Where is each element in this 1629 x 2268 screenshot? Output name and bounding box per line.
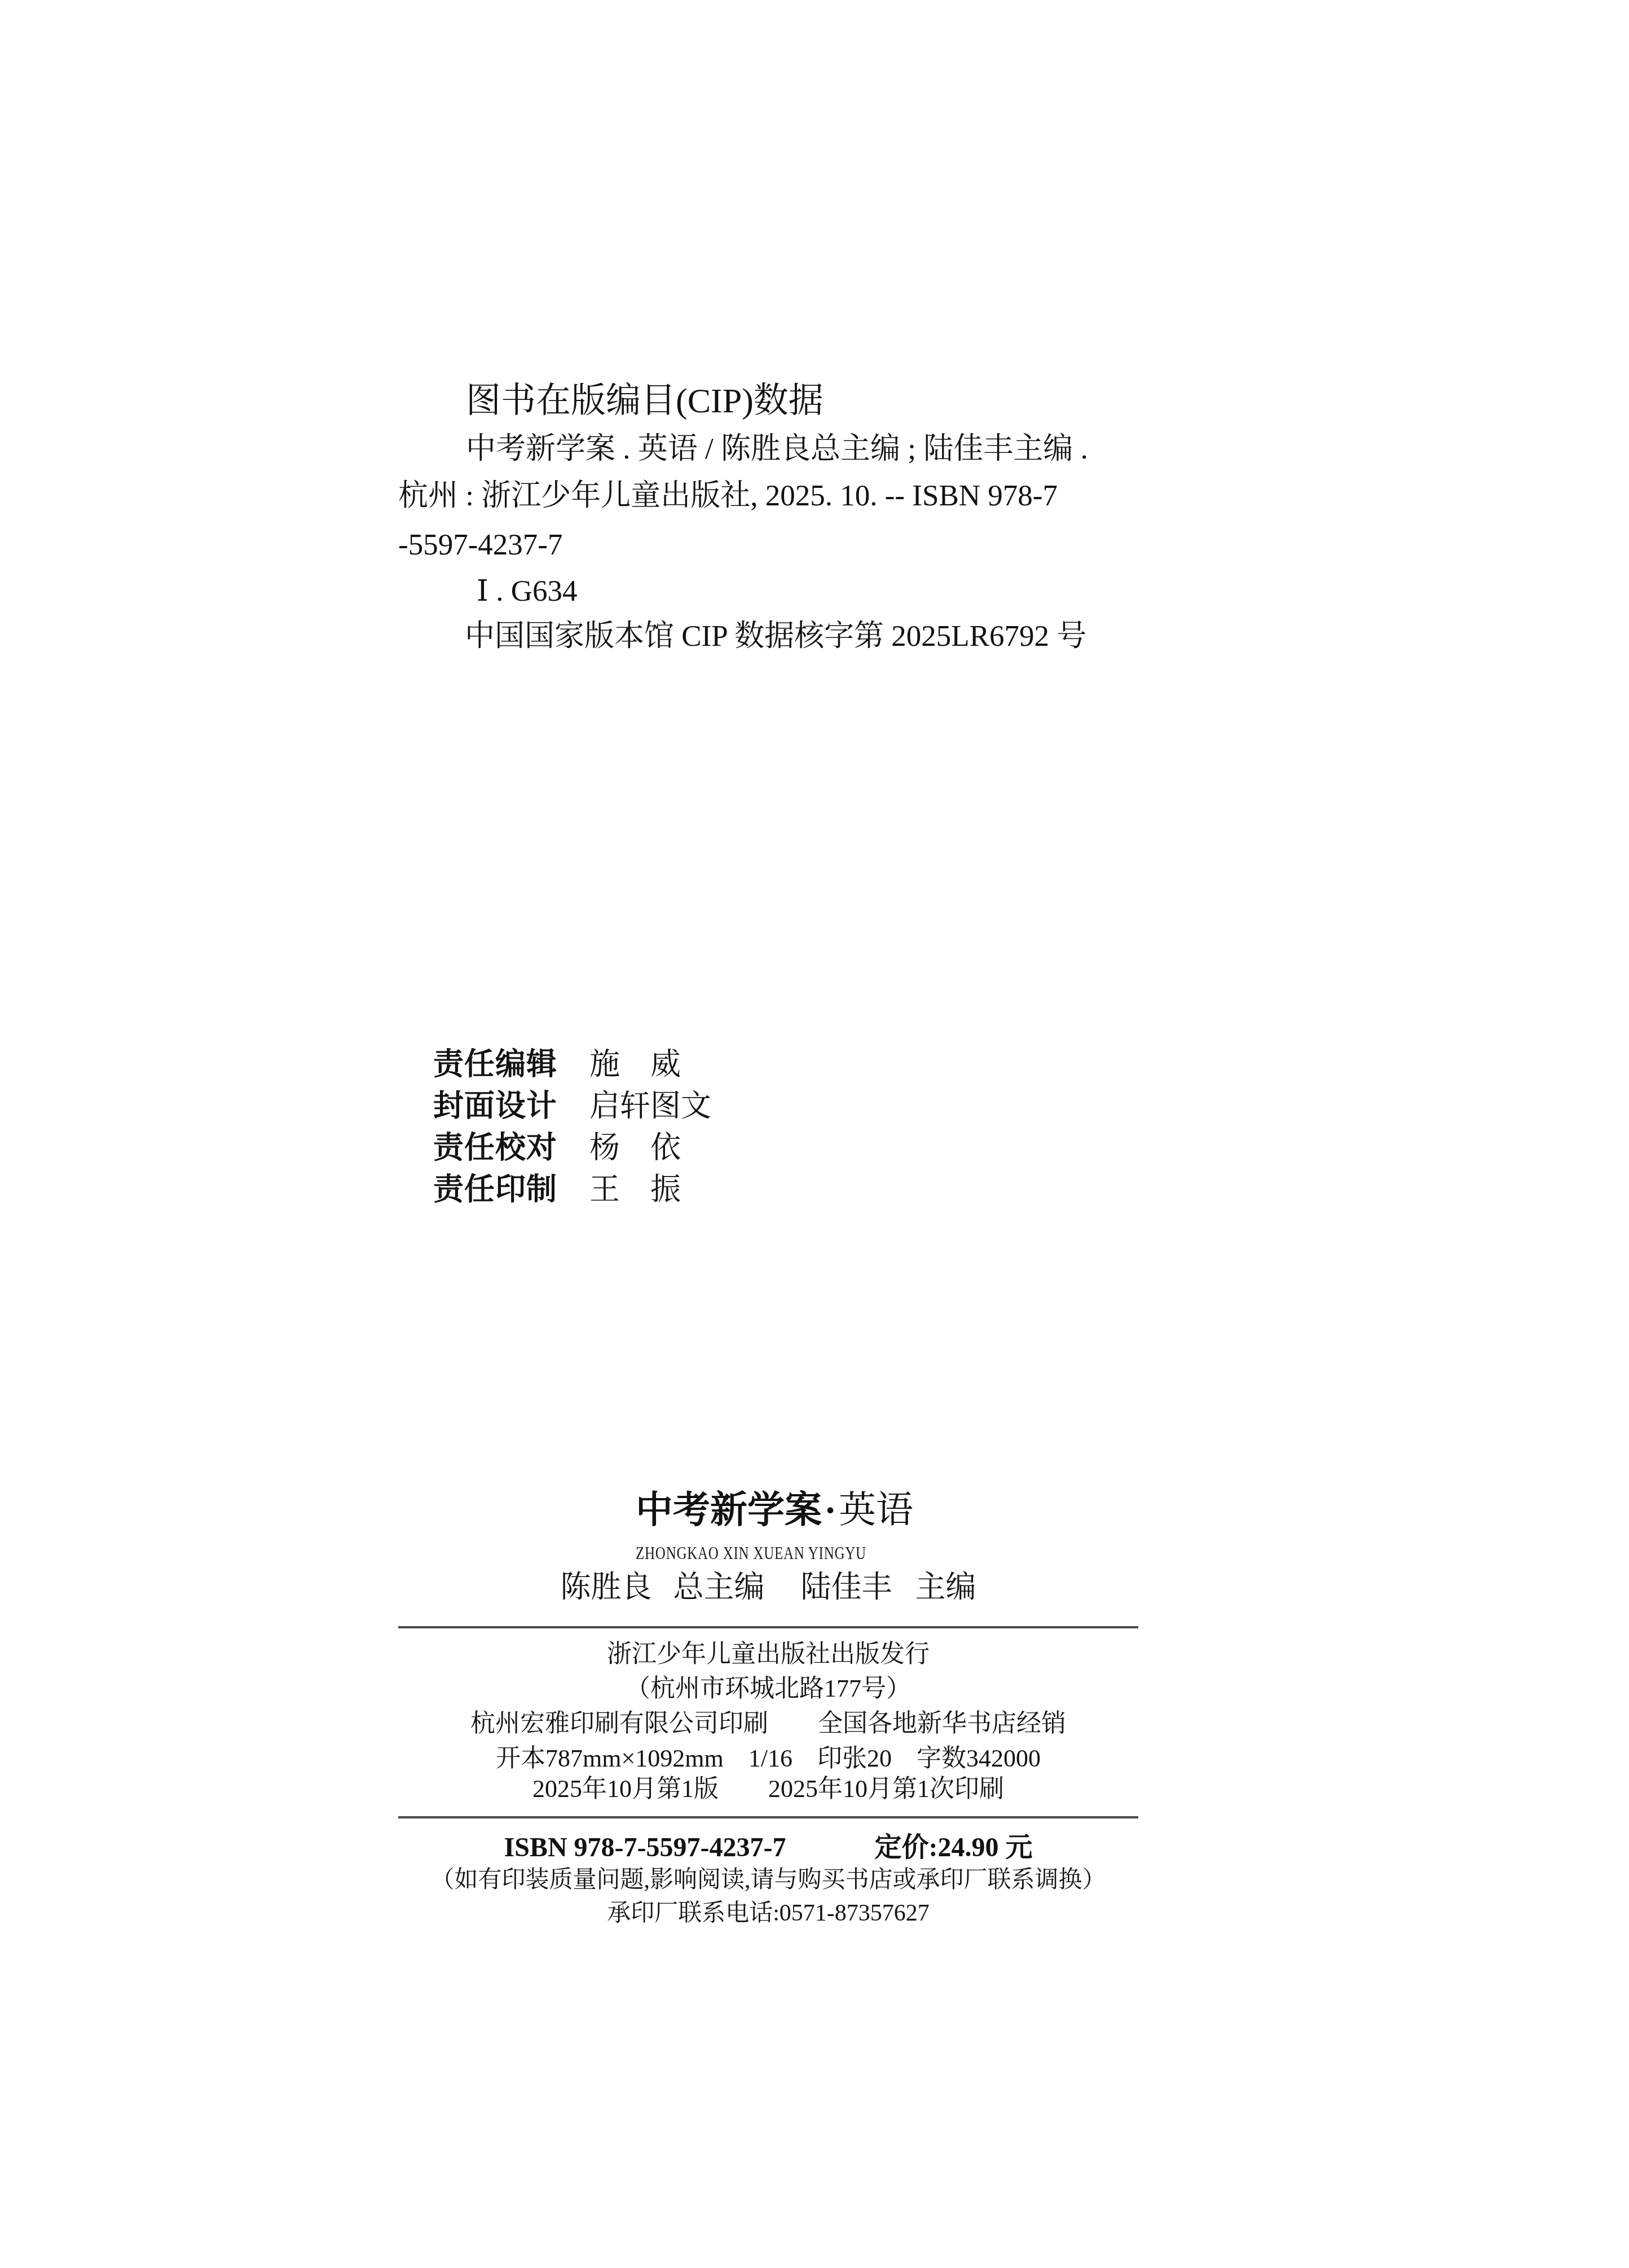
- editor-role: 主编: [915, 1572, 976, 1602]
- price-label: 定价:24.90 元: [875, 1834, 1033, 1861]
- editor-name: 陆佳丰: [801, 1572, 892, 1602]
- cip-line-title-statement: 中考新学案 . 英语 / 陈胜良总主编 ; 陆佳丰主编 .: [466, 434, 1088, 464]
- credit-label: 责任编辑: [433, 1047, 557, 1081]
- book-title-main: 中考新学案: [636, 1488, 822, 1530]
- credit-name: 王 振: [589, 1174, 681, 1205]
- cip-line-classification: Ⅰ . G634: [477, 576, 577, 606]
- chief-editor-name: 陈胜良: [561, 1572, 652, 1602]
- cip-line-isbn-continued: -5597-4237-7: [398, 530, 562, 560]
- printer-distributor-line: 杭州宏雅印刷有限公司印刷 全国各地新华书店经销: [398, 1711, 1138, 1736]
- cip-line-imprint-isbn: 杭州 : 浙江少年儿童出版社, 2025. 10. -- ISBN 978-7: [398, 481, 1058, 511]
- divider-rule-bottom: [398, 1816, 1138, 1818]
- credit-label: 责任印制: [433, 1173, 557, 1206]
- credit-row-editor: 责任编辑 施 威: [433, 1049, 557, 1080]
- credit-label: 责任校对: [433, 1131, 557, 1165]
- publisher-address-line: （杭州市环城北路177号）: [398, 1676, 1138, 1701]
- book-title: 中考新学案·英语: [636, 1491, 913, 1529]
- publisher-line: 浙江少年儿童出版社出版发行: [398, 1642, 1138, 1667]
- isbn-price-row: ISBN 978-7-5597-4237-7 定价:24.90 元: [398, 1834, 1138, 1861]
- book-title-dot: ·: [822, 1490, 839, 1531]
- isbn-number: ISBN 978-7-5597-4237-7: [504, 1834, 786, 1861]
- cip-heading: 图书在版编目(CIP)数据: [466, 384, 824, 419]
- cip-line-record-number: 中国国家版本馆 CIP 数据核字第 2025LR6792 号: [465, 622, 1086, 651]
- credit-name: 启轩图文: [589, 1091, 711, 1121]
- credit-row-print-supervisor: 责任印制 王 振: [433, 1174, 557, 1205]
- credit-name: 施 威: [589, 1049, 681, 1080]
- quality-note: （如有印装质量问题,影响阅读,请与购买书店或承印厂联系调换）: [398, 1868, 1138, 1892]
- authors-line: 陈胜良 总主编 陆佳丰 主编: [398, 1572, 1138, 1602]
- printer-phone-note: 承印厂联系电话:0571-87357627: [398, 1901, 1138, 1925]
- divider-rule-top: [398, 1626, 1138, 1628]
- copyright-page: 图书在版编目(CIP)数据 中考新学案 . 英语 / 陈胜良总主编 ; 陆佳丰主…: [0, 0, 1629, 2268]
- credit-name: 杨 依: [589, 1133, 681, 1163]
- edition-printing-line: 2025年10月第1版 2025年10月第1次印刷: [398, 1777, 1138, 1802]
- chief-editor-role: 总主编: [673, 1572, 765, 1602]
- format-sheets-wordcount-line: 开本787mm×1092mm 1/16 印张20 字数342000: [398, 1746, 1138, 1771]
- credit-row-cover-design: 封面设计 启轩图文: [433, 1091, 557, 1121]
- credit-label: 封面设计: [433, 1089, 557, 1123]
- book-title-subject: 英语: [839, 1490, 913, 1531]
- credit-row-proofreader: 责任校对 杨 依: [433, 1133, 557, 1163]
- book-title-pinyin: ZHONGKAO XIN XUEAN YINGYU: [636, 1544, 866, 1562]
